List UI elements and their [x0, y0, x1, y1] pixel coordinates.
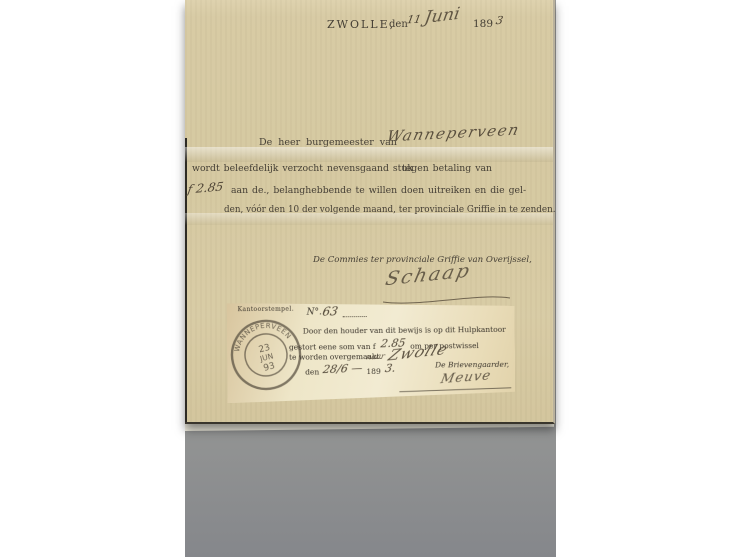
torn-edge-mark [221, 349, 226, 359]
dotted-rule [343, 315, 367, 317]
document-letter: ZWOLLE, den 11 Juni 189 3 De heer burgem… [185, 0, 555, 424]
dateline-year: 189 [473, 18, 493, 30]
body-line4: den, vóór den 10 der volgende maand, ter… [224, 205, 556, 215]
slip-number-label: N°. [307, 307, 322, 317]
signoff-line: De Commies ter provinciale Griffie van O… [313, 255, 532, 265]
photograph: ZWOLLE, den 11 Juni 189 3 De heer burgem… [185, 0, 556, 557]
body-line3: aan de., belanghebbende te willen doen u… [231, 185, 526, 196]
body-line2a: wordt beleefdelijk verzocht nevensgaand … [192, 163, 413, 174]
slip-destination-naar: naar [365, 352, 385, 362]
slip-date-label: den [305, 367, 319, 376]
fold-crease [185, 147, 553, 162]
slip-year-digit: 3. [384, 362, 397, 375]
paper-edge-shadow [185, 138, 187, 422]
dateline-place: ZWOLLE, [327, 18, 395, 31]
slip-line2a: gestort eene som van f [289, 342, 376, 352]
slip-signature: Meuve [439, 368, 492, 387]
slip-dateline: den28/6 —1893. [305, 364, 399, 378]
scan-page: ZWOLLE, den 11 Juni 189 3 De heer burgem… [0, 0, 740, 557]
handwritten-day: 11 [406, 13, 422, 26]
signature-rule [399, 387, 511, 392]
handwritten-amount: f 2.85 [187, 180, 225, 197]
receipt-slip: Kantoorstempel. WANNEPERVEEN 23 JUN 93 N… [227, 301, 516, 404]
postmark-year: 93 [262, 361, 276, 374]
handwritten-addressee: Wanneperveen [385, 121, 522, 146]
body-line1: De heer burgemeester van [259, 137, 397, 148]
body-line2b: tegen betaling van [402, 163, 492, 174]
torn-edge-mark [220, 387, 225, 394]
slip-number-value: 63 [321, 304, 339, 319]
torn-edge-mark [220, 311, 225, 319]
handwritten-year-digit: 3 [495, 14, 504, 27]
under-sheet-edge [185, 424, 554, 431]
slip-year: 189 [366, 367, 380, 376]
slip-date-value: 28/6 — [322, 361, 364, 376]
slip-line1: Door den houder van dit bewijs is op dit… [303, 325, 506, 336]
signature-flourish [381, 292, 513, 306]
handwritten-month: Juni [423, 4, 461, 28]
slip-official-title: De Brievengaarder, [435, 360, 509, 370]
